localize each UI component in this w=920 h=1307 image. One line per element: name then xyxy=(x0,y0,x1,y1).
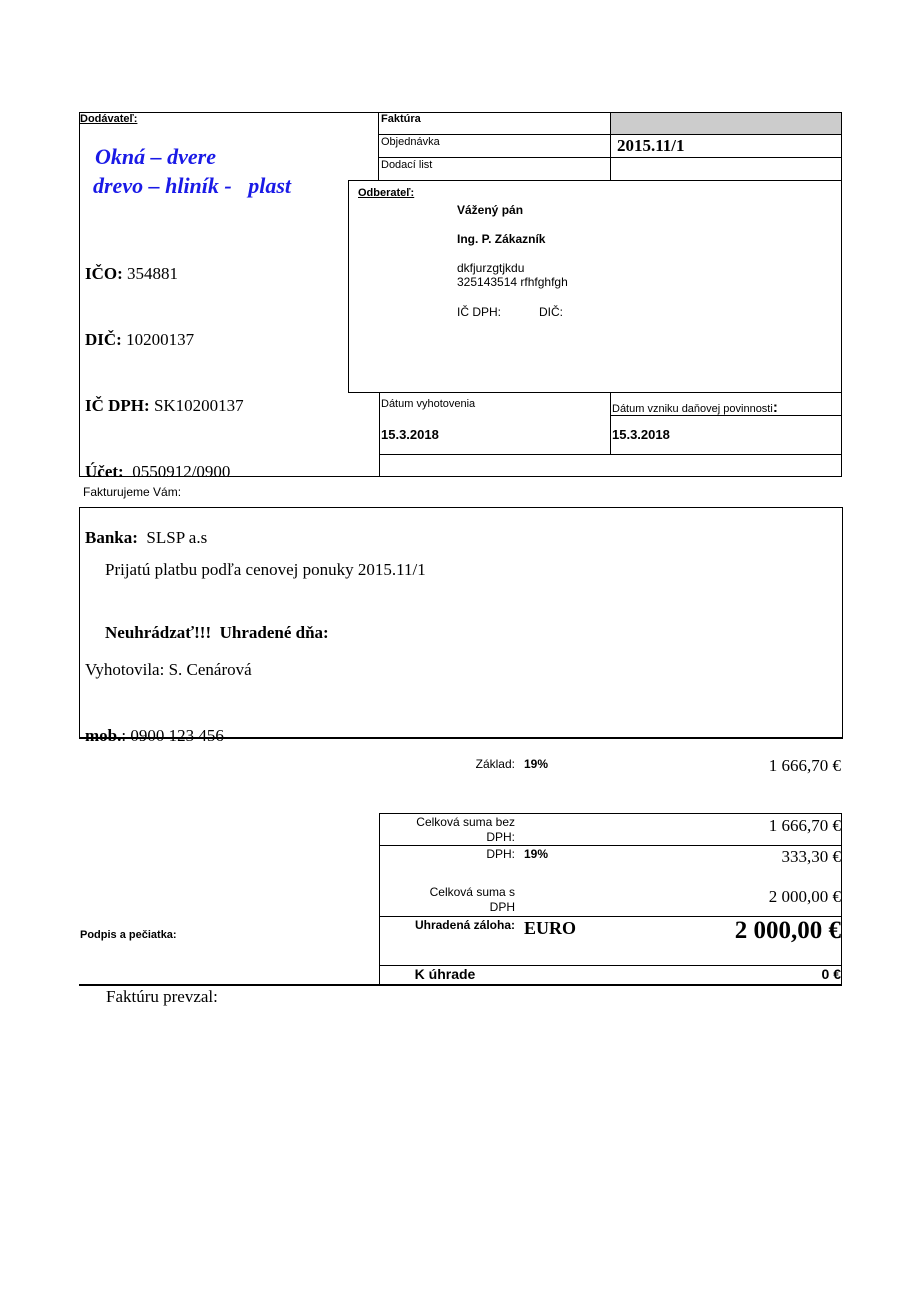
order-value: 2015.11/1 xyxy=(617,136,685,156)
total-without-vat: 1 666,70 € xyxy=(600,816,841,836)
border xyxy=(379,454,842,455)
supplier-icdph: IČ DPH: SK10200137 xyxy=(85,395,252,417)
received-by-label: Faktúru prevzal: xyxy=(106,987,218,1007)
invoice-label: Faktúra xyxy=(381,113,421,125)
border xyxy=(348,392,842,393)
customer-dic-label: DIČ: xyxy=(539,305,563,319)
signature-label: Podpis a pečiatka: xyxy=(80,929,177,941)
total-without-vat-label: Celková suma bez DPH: xyxy=(380,815,515,845)
vat-rate: 19% xyxy=(524,847,548,861)
delivery-note-label: Dodací list xyxy=(381,159,432,171)
supplier-slogan-line1: Okná – dvere xyxy=(95,142,216,171)
total-with-vat-label: Celková suma s DPH xyxy=(380,885,515,915)
vat-amount: 333,30 € xyxy=(600,847,841,867)
issue-date-value: 15.3.2018 xyxy=(381,427,439,442)
border xyxy=(379,393,380,477)
border xyxy=(610,393,611,455)
invoice-number-field xyxy=(611,113,841,134)
due-label: K úhrade xyxy=(380,966,510,982)
customer-name: Ing. P. Zákazník xyxy=(457,232,545,246)
deposit-amount: 2 000,00 € xyxy=(600,917,841,945)
order-label: Objednávka xyxy=(381,136,440,148)
due-amount: 0 € xyxy=(600,966,841,982)
border xyxy=(348,180,842,181)
customer-icdph-label: IČ DPH: xyxy=(457,305,501,319)
base-rate: 19% xyxy=(524,757,548,771)
billing-line2: Neuhrádzať!!! Uhradené dňa: xyxy=(105,622,426,643)
supplier-label: Dodávateľ: xyxy=(80,113,137,125)
customer-label: Odberateľ: xyxy=(358,187,414,199)
border xyxy=(378,112,379,181)
border xyxy=(379,845,842,846)
billing-label: Fakturujeme Vám: xyxy=(83,485,181,499)
border xyxy=(841,813,842,985)
issue-date-label: Dátum vyhotovenia xyxy=(381,398,475,410)
billing-text: Prijatú platbu podľa cenovej ponuky 2015… xyxy=(105,517,426,664)
billing-line1: Prijatú platbu podľa cenovej ponuky 2015… xyxy=(105,559,426,580)
border xyxy=(841,112,842,477)
total-with-vat: 2 000,00 € xyxy=(600,887,841,907)
border xyxy=(79,984,842,986)
base-label: Základ: xyxy=(380,757,515,771)
customer-address: dkfjurzgtjkdu 325143514 rfhfghfgh xyxy=(457,261,568,289)
vat-label: DPH: xyxy=(380,847,515,861)
deposit-label: Uhradená záloha: xyxy=(380,918,515,932)
supplier-ico: IČO: 354881 xyxy=(85,263,252,285)
supplier-account: Účet: 0550912/0900 xyxy=(85,461,252,483)
tax-date-value: 15.3.2018 xyxy=(612,427,670,442)
border xyxy=(378,157,842,158)
border xyxy=(79,112,80,477)
customer-salutation: Vážený pán xyxy=(457,203,523,217)
tax-date-label: Dátum vzniku daňovej povinnosti: xyxy=(612,399,778,416)
border xyxy=(348,180,349,393)
supplier-slogan-line2: drevo – hliník - plast xyxy=(93,171,291,200)
deposit-currency: EURO xyxy=(524,918,576,939)
border xyxy=(379,813,842,814)
border xyxy=(378,134,842,135)
supplier-dic: DIČ: 10200137 xyxy=(85,329,252,351)
base-amount: 1 666,70 € xyxy=(600,756,841,776)
